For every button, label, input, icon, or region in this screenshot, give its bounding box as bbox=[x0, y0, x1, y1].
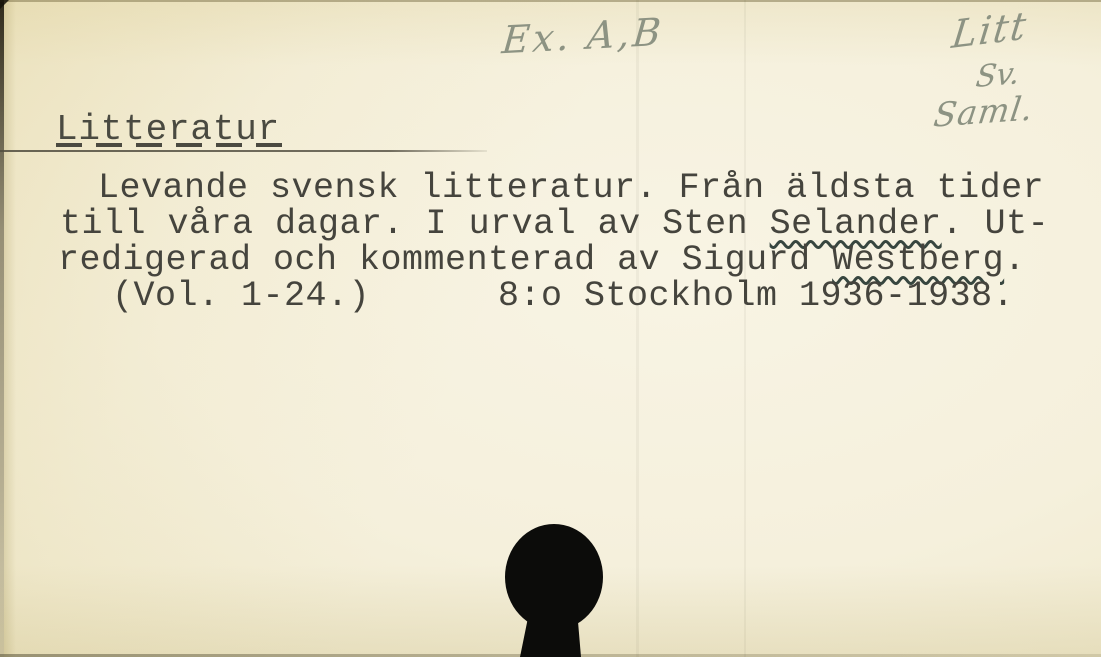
library-catalog-card: Ex. A,B Litt Sv. Saml. Litteratur Levand… bbox=[0, 0, 1101, 657]
punch-hole-keyhole bbox=[0, 0, 1101, 657]
